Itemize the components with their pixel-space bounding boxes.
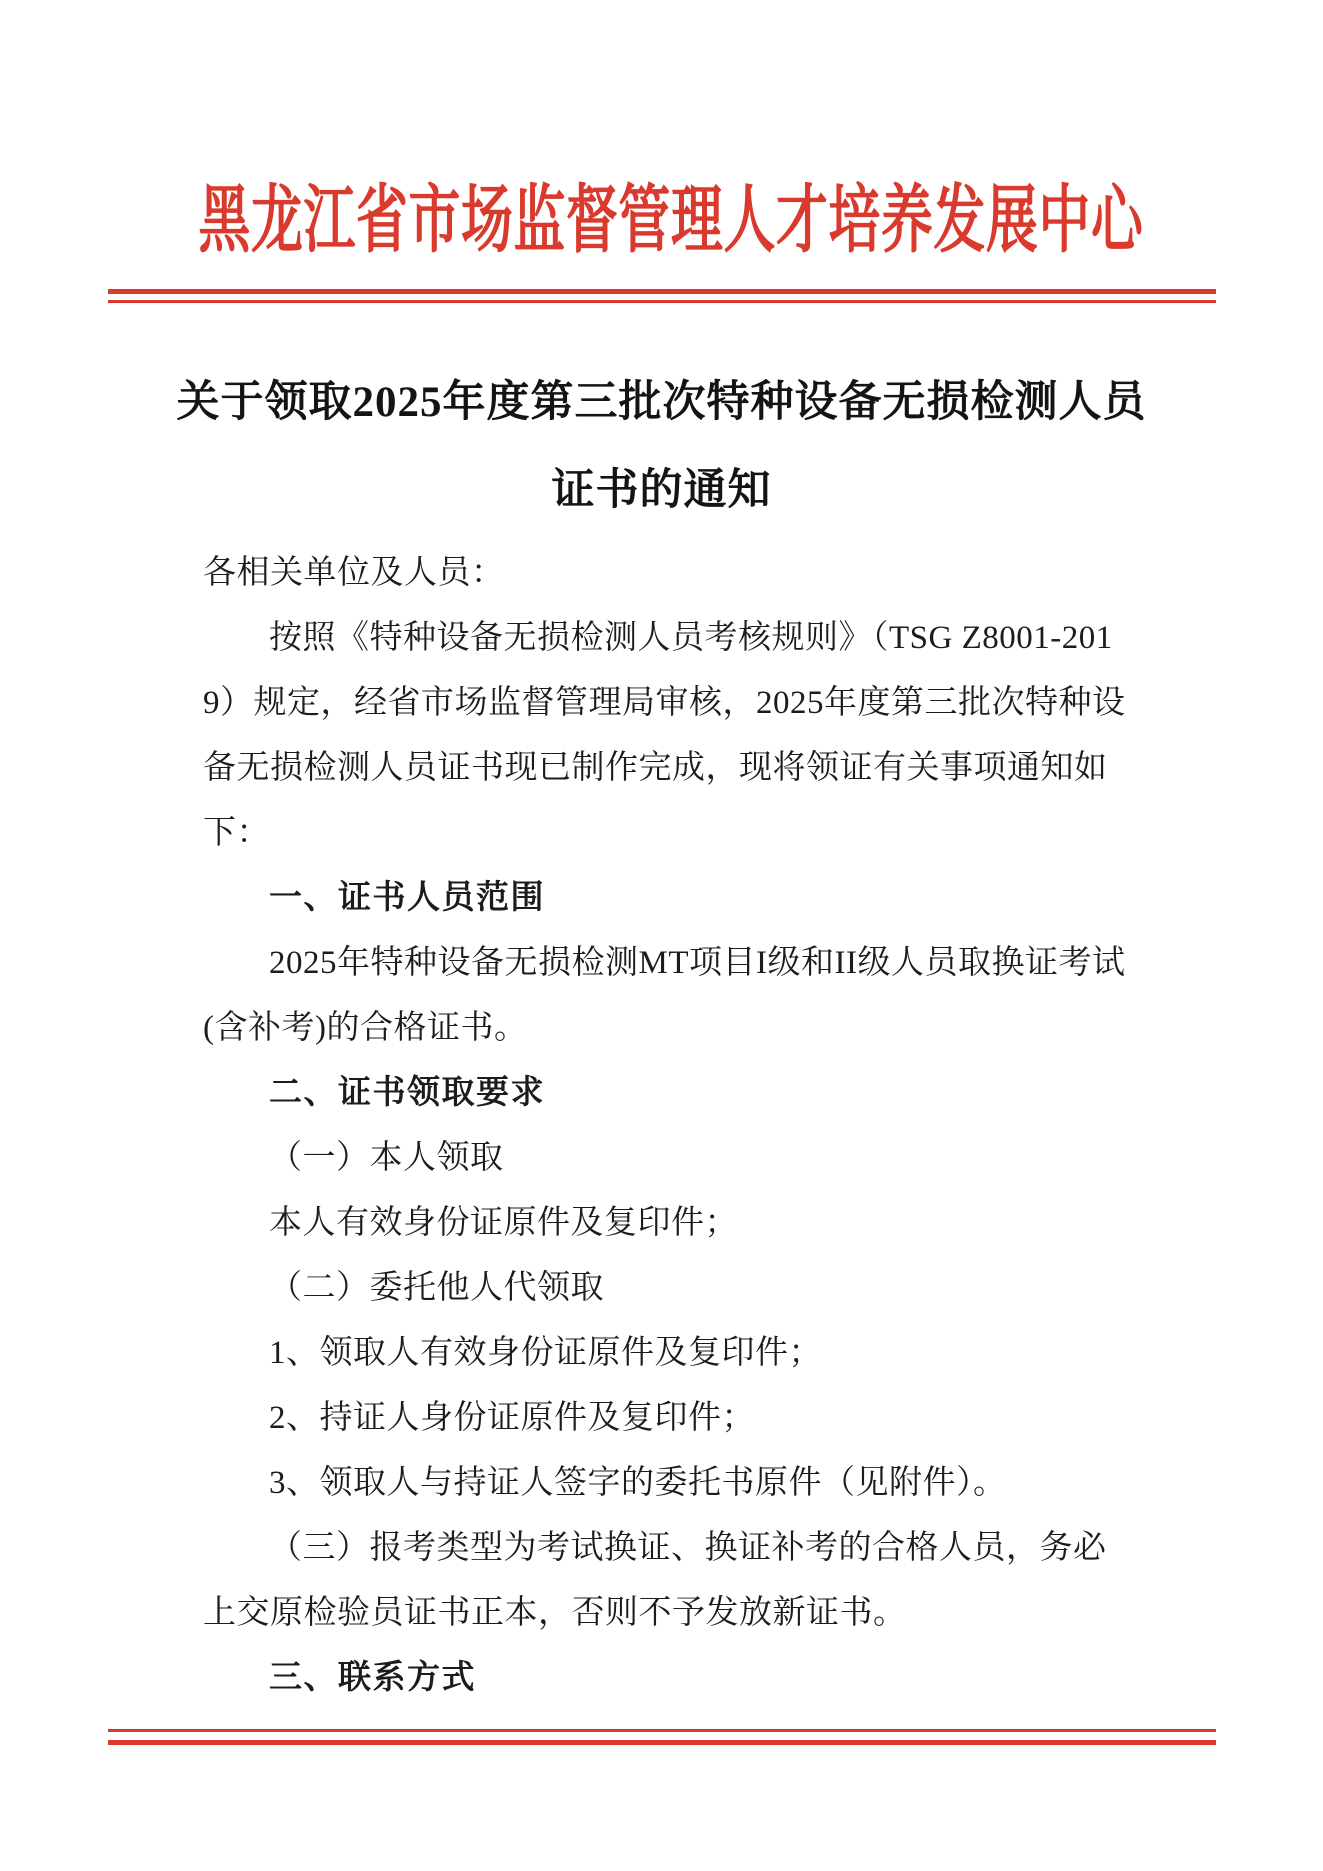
header-rule-thin: [108, 300, 1216, 303]
header-rule-thick: [108, 289, 1216, 294]
doc-line: (含补考)的合格证书。: [203, 996, 1118, 1061]
doc-line: 上交原检验员证书正本，否则不予发放新证书。: [203, 1581, 1118, 1646]
doc-line: 2025年特种设备无损检测MT项目I级和II级人员取换证考试: [203, 931, 1118, 996]
doc-line: 各相关单位及人员：: [203, 541, 1118, 606]
doc-line: 9）规定，经省市场监督管理局审核，2025年度第三批次特种设: [203, 671, 1118, 736]
doc-title-line2: 证书的通知: [0, 456, 1323, 517]
section-heading: 二、证书领取要求: [203, 1061, 1118, 1126]
doc-body: 各相关单位及人员：按照《特种设备无损检测人员考核规则》（TSG Z8001-20…: [203, 541, 1118, 1711]
section-heading: 三、联系方式: [203, 1646, 1118, 1711]
doc-title-line1: 关于领取2025年度第三批次特种设备无损检测人员: [0, 368, 1323, 429]
letterhead-org-name: 黑龙江省市场监督管理人才培养发展中心: [198, 183, 1124, 261]
footer-rule-thick: [108, 1740, 1216, 1745]
doc-line: 3、领取人与持证人签字的委托书原件（见附件）。: [203, 1451, 1118, 1516]
section-heading: 一、证书人员范围: [203, 866, 1118, 931]
doc-line: 1、领取人有效身份证原件及复印件；: [203, 1321, 1118, 1386]
document-page: 黑龙江省市场监督管理人才培养发展中心 关于领取2025年度第三批次特种设备无损检…: [0, 0, 1323, 1871]
doc-line: 下：: [203, 801, 1118, 866]
doc-line: 本人有效身份证原件及复印件；: [203, 1191, 1118, 1256]
doc-line: 2、持证人身份证原件及复印件；: [203, 1386, 1118, 1451]
doc-line: 备无损检测人员证书现已制作完成，现将领证有关事项通知如: [203, 736, 1118, 801]
doc-line: （二）委托他人代领取: [203, 1256, 1118, 1321]
doc-line: 按照《特种设备无损检测人员考核规则》（TSG Z8001-201: [203, 606, 1118, 671]
footer-rule-thin: [108, 1729, 1216, 1732]
doc-line: （一）本人领取: [203, 1126, 1118, 1191]
doc-line: （三）报考类型为考试换证、换证补考的合格人员，务必: [203, 1516, 1118, 1581]
